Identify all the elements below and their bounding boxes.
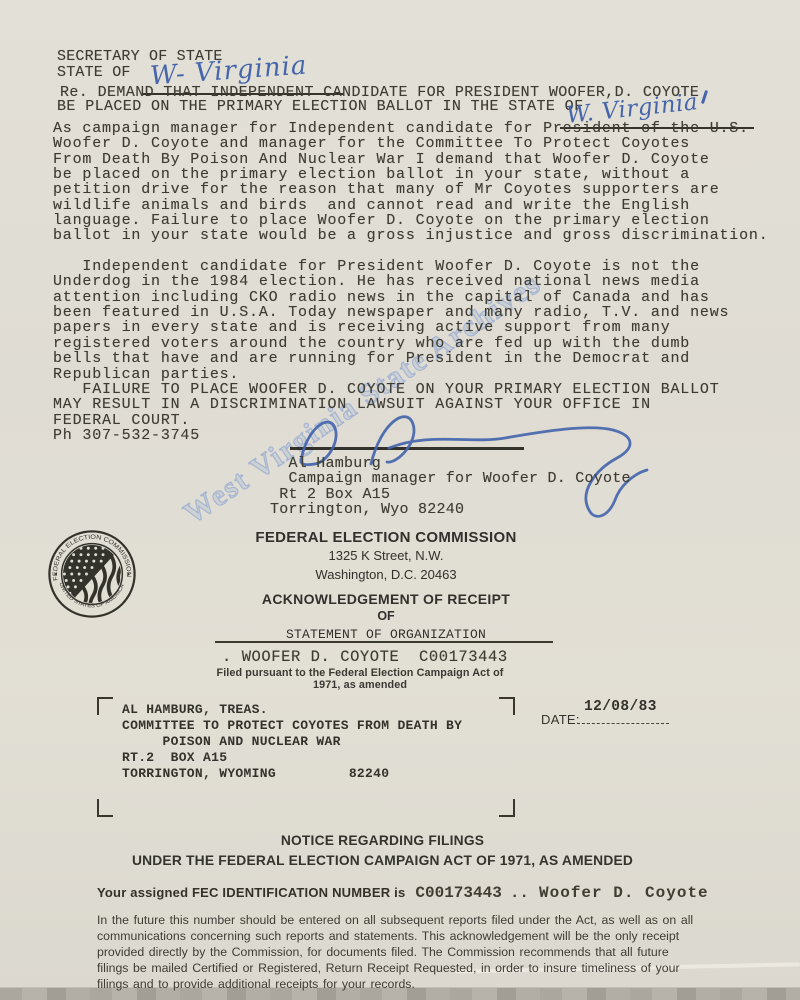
notice-heading: NOTICE REGARDING FILINGS UNDER THE FEDER… bbox=[65, 833, 700, 868]
date-label: DATE: bbox=[541, 712, 580, 727]
corner-bracket-top-right bbox=[499, 697, 515, 715]
fec-org-name: FEDERAL ELECTION COMMISSION bbox=[203, 529, 569, 546]
ink-tick-mark bbox=[701, 90, 708, 104]
ack-line-1: ACKNOWLEDGEMENT OF RECEIPT bbox=[203, 591, 569, 607]
ack-line-3: STATEMENT OF ORGANIZATION bbox=[203, 627, 569, 642]
date-underline bbox=[577, 723, 669, 724]
fec-id-filer-name: Woofer D. Coyote bbox=[539, 884, 709, 902]
mailing-address-block: AL HAMBURG, TREAS. COMMITTEE TO PROTECT … bbox=[122, 702, 462, 782]
fec-header: FEDERAL ELECTION COMMISSION 1325 K Stree… bbox=[203, 529, 569, 583]
letter-body: As campaign manager for Independent cand… bbox=[53, 121, 769, 443]
fec-id-label: Your assigned FEC IDENTIFICATION NUMBER … bbox=[97, 885, 405, 900]
fec-address-2: Washington, D.C. 20463 bbox=[203, 567, 569, 584]
fec-seal: FEDERAL ELECTION COMMISSION UNITED STATE… bbox=[46, 528, 138, 620]
ack-line-2: OF bbox=[203, 609, 569, 623]
state-of-label: STATE OF bbox=[57, 64, 131, 81]
signature-typed-block: Al Hamburg Campaign manager for Woofer D… bbox=[270, 456, 631, 518]
notice-line-2: UNDER THE FEDERAL ELECTION CAMPAIGN ACT … bbox=[65, 853, 700, 868]
filer-id-line: . WOOFER D. COYOTE C00173443 bbox=[222, 648, 508, 666]
divider-rule bbox=[215, 641, 553, 643]
acknowledgement-heading: ACKNOWLEDGEMENT OF RECEIPT OF STATEMENT … bbox=[203, 591, 569, 642]
fec-address-1: 1325 K Street, N.W. bbox=[203, 548, 569, 565]
fec-id-separator: .. bbox=[510, 884, 529, 902]
fec-id-number: C00173443 bbox=[415, 884, 501, 902]
footer-paragraph: In the future this number should be ente… bbox=[97, 913, 725, 993]
scanned-letter-page: West Virginia State Archives SECRETARY O… bbox=[0, 0, 800, 1000]
corner-bracket-top-left bbox=[97, 697, 113, 715]
corner-bracket-bottom-right bbox=[499, 799, 515, 817]
date-value: 12/08/83 bbox=[584, 699, 657, 715]
fec-id-line: Your assigned FEC IDENTIFICATION NUMBER … bbox=[97, 884, 709, 902]
filed-pursuant-note: Filed pursuant to the Federal Election C… bbox=[205, 667, 515, 691]
re-subject-line-2: BE PLACED ON THE PRIMARY ELECTION BALLOT… bbox=[57, 98, 583, 115]
notice-line-1: NOTICE REGARDING FILINGS bbox=[65, 833, 700, 848]
corner-bracket-bottom-left bbox=[97, 799, 113, 817]
